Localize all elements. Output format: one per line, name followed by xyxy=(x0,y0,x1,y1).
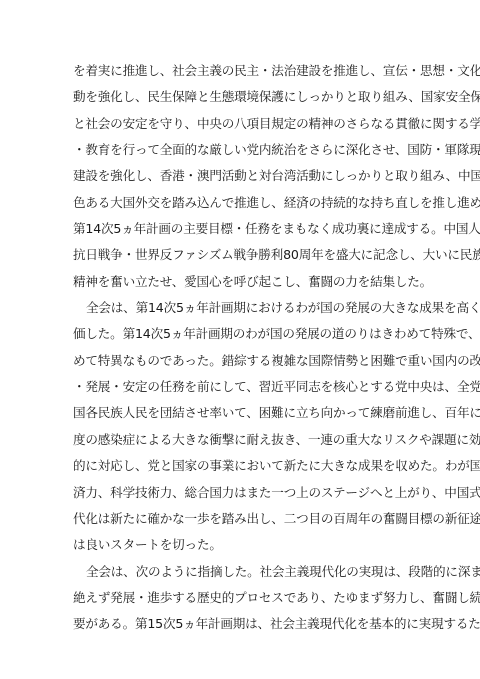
text-line: は良いスタートを切った。 xyxy=(73,535,404,561)
text-line: 絶えず発展・進歩する歴史的プロセスであり、たゆまず努力し、奮闘し続ける必 xyxy=(73,588,404,614)
text-line: 色ある大国外交を踏み込んで推進し、経済の持続的な持ち直しを推し進め、 xyxy=(73,193,404,219)
text-line: と社会の安定を守り、中央の八項目規定の精神のさらなる貫徹に関する学習 xyxy=(73,114,404,140)
text-line: めて特異なものであった。錯綜する複雑な国際情勢と困難で重い国内の改革 xyxy=(73,351,404,377)
text-line: 精神を奮い立たせ、愛国心を呼び起こし、奮闘の力を結集した。 xyxy=(73,272,404,298)
body-text: を着実に推進し、社会主義の民主・法治建設を推進し、宣伝・思想・文化活 動を強化し… xyxy=(73,61,404,641)
text-line: 価した。第14次5ヵ年計画期のわが国の発展の道のりはきわめて特殊で、きわ xyxy=(73,324,404,350)
text-line: 代化は新たに確かな一歩を踏み出し、二つ目の百周年の奮闘目標の新征途 xyxy=(73,509,404,535)
paragraph-start-line: 全会は、第14次5ヵ年計画期におけるわが国の発展の大きな成果を高く評 xyxy=(73,298,404,324)
text-line: 第14次5ヵ年計画の主要目標・任務をまもなく成功裏に達成する。中国人民 xyxy=(73,219,404,245)
text-line: ・発展・安定の任務を前にして、習近平同志を核心とする党中央は、全党・全 xyxy=(73,377,404,403)
text-line: 済力、科学技術力、総合国力はまた一つ上のステージへと上がり、中国式現 xyxy=(73,483,404,509)
text-line: 度の感染症による大きな衝撃に耐え抜き、一連の重大なリスクや課題に効果 xyxy=(73,430,404,456)
text-line: 国各民族人民を団結させ率いて、困難に立ち向かって練磨前進し、百年に一 xyxy=(73,403,404,429)
text-line: 建設を強化し、香港・澳門活動と対台湾活動にしっかりと取り組み、中国の特 xyxy=(73,166,404,192)
text-line: 抗日戦争・世界反ファシズム戦争勝利80周年を盛大に記念し、大いに民族 xyxy=(73,245,404,271)
paragraph-start-line: 全会は、次のように指摘した。社会主義現代化の実現は、段階的に深まって xyxy=(73,562,404,588)
text-line: 的に対応し、党と国家の事業において新たに大きな成果を収めた。わが国の経 xyxy=(73,456,404,482)
text-line: 要がある。第15次5ヵ年計画期は、社会主義現代化を基本的に実現するた xyxy=(73,614,404,640)
text-line: ・教育を行って全面的な厳しい党内統治をさらに深化させ、国防・軍隊現代化 xyxy=(73,140,404,166)
document-page: を着実に推進し、社会主義の民主・法治建設を推進し、宣伝・思想・文化活 動を強化し… xyxy=(0,0,480,679)
text-line: 動を強化し、民生保障と生態環境保護にしっかりと取り組み、国家安全保障 xyxy=(73,87,404,113)
text-line: を着実に推進し、社会主義の民主・法治建設を推進し、宣伝・思想・文化活 xyxy=(73,61,404,87)
